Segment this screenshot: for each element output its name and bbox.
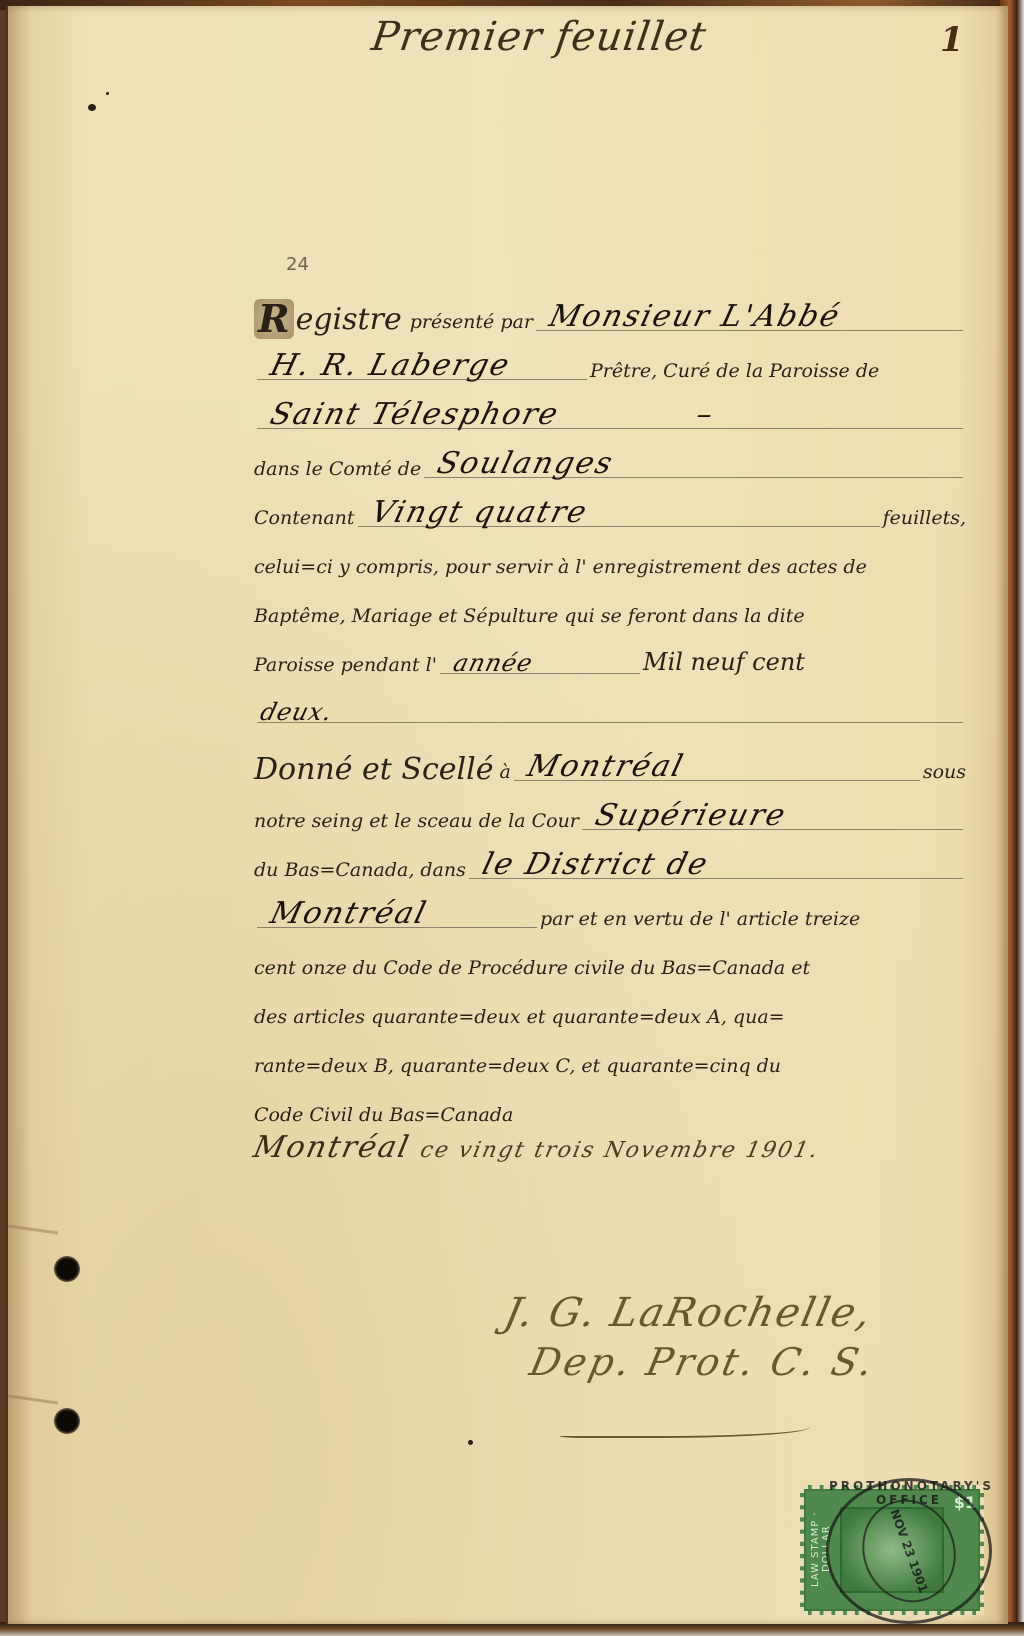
printed-text: Prêtre, Curé de la Paroisse de (590, 360, 879, 388)
signature-block: J. G. LaRochelle, Dep. Prot. C. S. (490, 1290, 890, 1384)
printed-text: celui=ci y compris, pour servir à l' enr… (254, 556, 867, 584)
dated-text: ce vingt trois Novembre 1901. (418, 1138, 822, 1163)
form-line-1: R egistre présenté par Monsieur L'Abbé (254, 290, 966, 339)
printed-text: feuillets, (883, 507, 966, 535)
pencil-note: 24 (286, 254, 309, 275)
handwritten-district: le District de (479, 847, 713, 882)
printed-text: par et en vertu de l' article treize (540, 908, 860, 936)
handwritten-district-city: Montréal (267, 896, 431, 931)
form-line-11: notre seing et le sceau de la Cour Supér… (254, 789, 966, 838)
filled-field: Montréal (257, 889, 537, 928)
handwritten-parish: Saint Télesphore (267, 397, 564, 432)
printed-text: à (499, 761, 510, 789)
filled-field: Monsieur L'Abbé (536, 292, 963, 331)
form-line-3: Saint Télesphore – (254, 388, 966, 437)
form-line-7: Baptême, Mariage et Sépulture qui se fer… (254, 584, 966, 633)
filled-field: année (440, 635, 640, 674)
form-line-17: Code Civil du Bas=Canada (254, 1083, 966, 1132)
binding-hole-icon (54, 1408, 80, 1434)
form-line-10: Donné et Scellé à Montréal sous (254, 731, 966, 789)
form-line-14: cent onze du Code de Procédure civile du… (254, 936, 966, 985)
form-line-12: du Bas=Canada, dans le District de (254, 838, 966, 887)
form-line-15: des articles quarante=deux et quarante=d… (254, 985, 966, 1034)
filled-field: le District de (469, 840, 963, 879)
spine-shadow (6, 6, 32, 1624)
handwritten-priest-name: H. R. Laberge (267, 348, 515, 383)
printed-text: cent onze du Code de Procédure civile du… (254, 957, 810, 985)
ink-spot (88, 104, 96, 111)
form-line-2: H. R. Laberge Prêtre, Curé de la Paroiss… (254, 339, 966, 388)
printed-text: présenté par (410, 311, 533, 339)
form-line-8: Paroisse pendant l' année Mil neuf cent (254, 633, 966, 682)
register-form: R egistre présenté par Monsieur L'Abbé H… (254, 290, 966, 1132)
dated-place: Montréal (250, 1130, 413, 1165)
printed-text: Baptême, Mariage et Sépulture qui se fer… (254, 605, 805, 633)
handwritten-year-end: deux. (258, 698, 336, 726)
ornate-initial: R (254, 299, 294, 339)
filled-field: Soulanges (424, 439, 963, 478)
dated-line: Montréal ce vingt trois Novembre 1901. (250, 1130, 823, 1165)
handwritten-county: Soulanges (434, 446, 618, 481)
binding-hole-icon (54, 1256, 80, 1282)
filled-field: Saint Télesphore – (257, 390, 963, 429)
printed-text: Code Civil du Bas=Canada (254, 1104, 513, 1132)
ink-spot (468, 1440, 473, 1445)
handwritten-year-word: année (451, 649, 537, 677)
filled-field: Vingt quatre (358, 488, 880, 527)
handwritten-year-start: Mil neuf cent (643, 648, 805, 682)
form-line-5: Contenant Vingt quatre feuillets, (254, 486, 966, 535)
ink-spot (106, 92, 109, 95)
handwritten-presenter: Monsieur L'Abbé (546, 299, 845, 334)
form-line-16: rante=deux B, quarante=deux C, et quaran… (254, 1034, 966, 1083)
form-line-6: celui=ci y compris, pour servir à l' enr… (254, 535, 966, 584)
handwritten-leaf-count: Vingt quatre (367, 495, 591, 530)
printed-text: du Bas=Canada, dans (254, 859, 466, 887)
printed-text: dans le Comté de (254, 458, 421, 486)
printed-text: sous (923, 761, 966, 789)
form-line-4: dans le Comté de Soulanges (254, 437, 966, 486)
printed-text: des articles quarante=deux et quarante=d… (254, 1006, 785, 1034)
folio-title: Premier feuillet (369, 14, 710, 60)
filled-field: Montréal (514, 742, 920, 781)
filled-field: deux. (257, 684, 963, 723)
printed-text: rante=deux B, quarante=deux C, et quaran… (254, 1055, 781, 1083)
register-heading: egistre (296, 302, 402, 339)
handwritten-city: Montréal (523, 749, 687, 784)
signature-name: J. G. LaRochelle, (500, 1290, 890, 1336)
handwritten-court: Supérieure (592, 798, 791, 833)
printed-text: Paroisse pendant l' (254, 654, 437, 682)
given-sealed-heading: Donné et Scellé (254, 752, 493, 789)
folio-number: 1 (940, 20, 964, 60)
filled-field: H. R. Laberge (257, 341, 587, 380)
form-line-9: deux. (254, 682, 966, 731)
printed-text: Contenant (254, 507, 355, 535)
handwritten-dash: – (693, 397, 719, 432)
postmark-date: NOV 23 1901 (887, 1507, 930, 1594)
signature-title: Dep. Prot. C. S. (526, 1340, 879, 1384)
book-bottom-edge (0, 1622, 1024, 1636)
form-line-13: Montréal par et en vertu de l' article t… (254, 887, 966, 936)
printed-text: notre seing et le sceau de la Cour (254, 810, 579, 838)
filled-field: Supérieure (582, 791, 963, 830)
postmark-cancellation: PROTHONOTARY'S OFFICE NOV 23 1901 (826, 1478, 992, 1624)
